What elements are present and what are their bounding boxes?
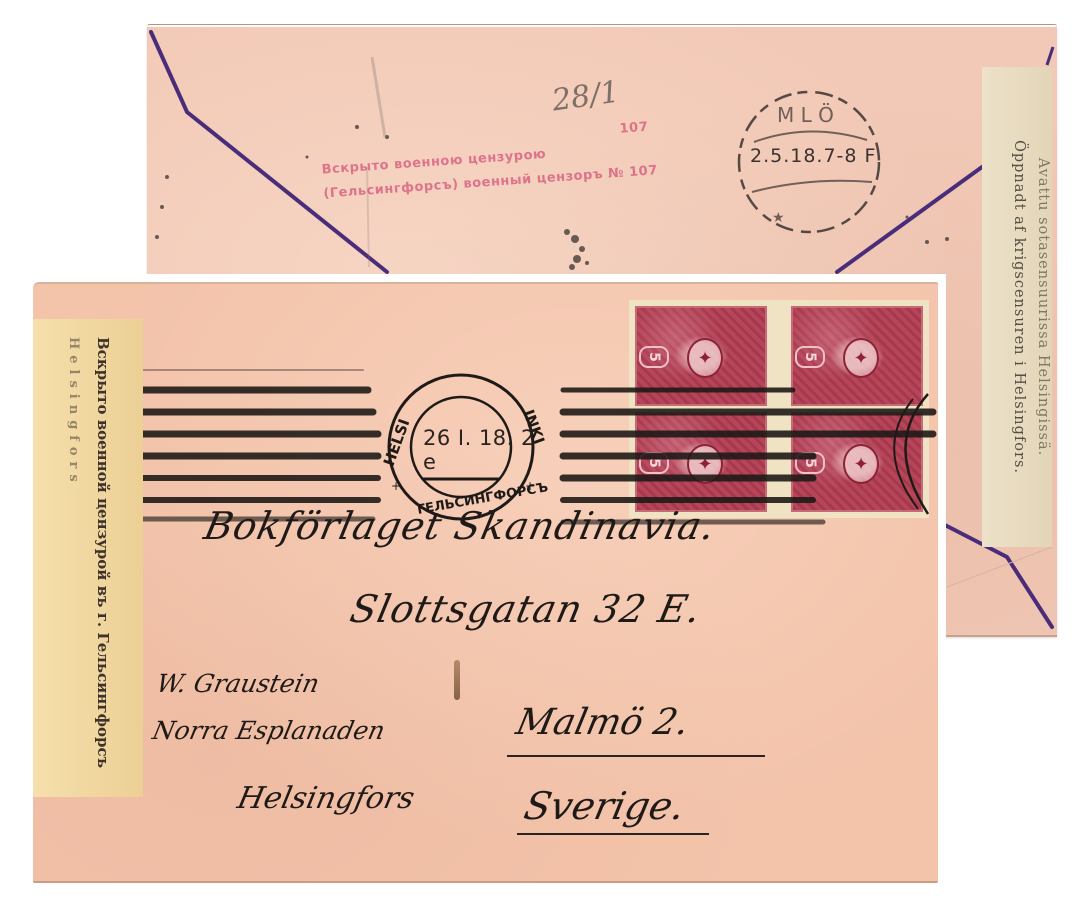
postmark-date: 2.5.18.7-8 F <box>750 145 876 167</box>
svg-text:HELSI: HELSI <box>380 416 414 468</box>
censor-label-front-city: Helsingfors <box>58 337 88 488</box>
recipient-city: Malmö 2. <box>513 702 693 743</box>
svg-text:M L Ö: M L Ö <box>777 103 834 127</box>
censor-label-front-russian: Вскрыто военной цензурой въ г. Гельсингф… <box>88 337 118 768</box>
back-postmark: M L Ö ★ 2.5.18.7-8 F <box>732 82 887 237</box>
censor-label-back-swedish: Öppnadt af krigscensuren i Helsingfors. <box>1007 140 1031 474</box>
recipient-name: Bokförlaget Skandinavia. <box>200 504 719 548</box>
sender-street: Norra Esplanaden <box>150 716 388 745</box>
sender-name: W. Graustein <box>154 669 322 698</box>
stain-mark <box>454 660 460 700</box>
censor-label-back: Avattu sotasensuurissa Helsingissä. Öppn… <box>982 67 1052 547</box>
recipient-street: Slottsgatan 32 E. <box>346 587 705 631</box>
svg-text:+: + <box>391 479 401 493</box>
recipient-country: Sverige. <box>520 784 689 828</box>
svg-text:★: ★ <box>772 210 785 226</box>
censor-label-back-finnish: Avattu sotasensuurissa Helsingissä. <box>1031 158 1055 457</box>
censor-number: 107 <box>619 120 649 137</box>
sender-city: Helsingfors <box>234 781 417 816</box>
city-underline <box>507 755 765 757</box>
censor-label-front: Вскрыто военной цензурой въ г. Гельсингф… <box>33 319 143 797</box>
postmark-date: 26 I. 18. 2 e <box>423 426 553 474</box>
country-underline <box>517 833 709 835</box>
envelope-front: 5 ✦ 5 ✦ 5 ✦ 5 ✦ <box>33 282 938 883</box>
svg-text:+: + <box>525 479 535 493</box>
